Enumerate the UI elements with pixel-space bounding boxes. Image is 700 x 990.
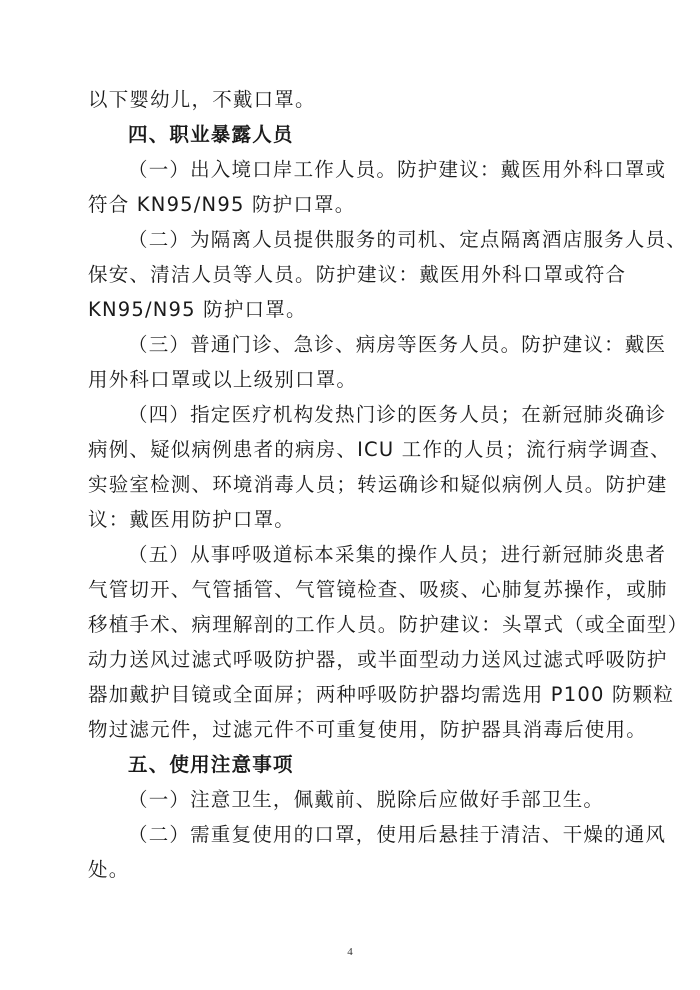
page-number: 4 <box>0 946 700 958</box>
text-line: 实验室检测、环境消毒人员；转运确诊和疑似病例人员。防护建 <box>88 467 618 502</box>
text-line: 器加戴护目镜或全面屏；两种呼吸防护器均需选用 P100 防颗粒 <box>88 677 618 712</box>
text-line: KN95/N95 防护口罩。 <box>88 292 618 327</box>
text-line: （一）注意卫生，佩戴前、脱除后应做好手部卫生。 <box>88 782 618 817</box>
text-line: （二）为隔离人员提供服务的司机、定点隔离酒店服务人员、 <box>88 222 618 257</box>
text-line: （四）指定医疗机构发热门诊的医务人员；在新冠肺炎确诊 <box>88 397 618 432</box>
document-page: 以下婴幼儿，不戴口罩。 四、职业暴露人员 （一）出入境口岸工作人员。防护建议：戴… <box>88 82 618 887</box>
section-heading-usage-notes: 五、使用注意事项 <box>88 747 618 782</box>
text-line: （二）需重复使用的口罩，使用后悬挂于清洁、干燥的通风 <box>88 817 618 852</box>
text-line: （一）出入境口岸工作人员。防护建议：戴医用外科口罩或 <box>88 152 618 187</box>
section-heading-occupational-exposure: 四、职业暴露人员 <box>88 117 618 152</box>
text-line: 气管切开、气管插管、气管镜检查、吸痰、心肺复苏操作，或肺 <box>88 572 618 607</box>
text-line: （三）普通门诊、急诊、病房等医务人员。防护建议：戴医 <box>88 327 618 362</box>
text-line: 物过滤元件，过滤元件不可重复使用，防护器具消毒后使用。 <box>88 712 618 747</box>
text-line: 处。 <box>88 852 618 887</box>
text-line: 保安、清洁人员等人员。防护建议：戴医用外科口罩或符合 <box>88 257 618 292</box>
text-line: 动力送风过滤式呼吸防护器，或半面型动力送风过滤式呼吸防护 <box>88 642 618 677</box>
text-line: （五）从事呼吸道标本采集的操作人员；进行新冠肺炎患者 <box>88 537 618 572</box>
text-line: 议：戴医用防护口罩。 <box>88 502 618 537</box>
text-line: 以下婴幼儿，不戴口罩。 <box>88 82 618 117</box>
text-line: 移植手术、病理解剖的工作人员。防护建议：头罩式（或全面型） <box>88 607 618 642</box>
text-line: 用外科口罩或以上级别口罩。 <box>88 362 618 397</box>
text-line: 病例、疑似病例患者的病房、ICU 工作的人员；流行病学调查、 <box>88 432 618 467</box>
text-line: 符合 KN95/N95 防护口罩。 <box>88 187 618 222</box>
